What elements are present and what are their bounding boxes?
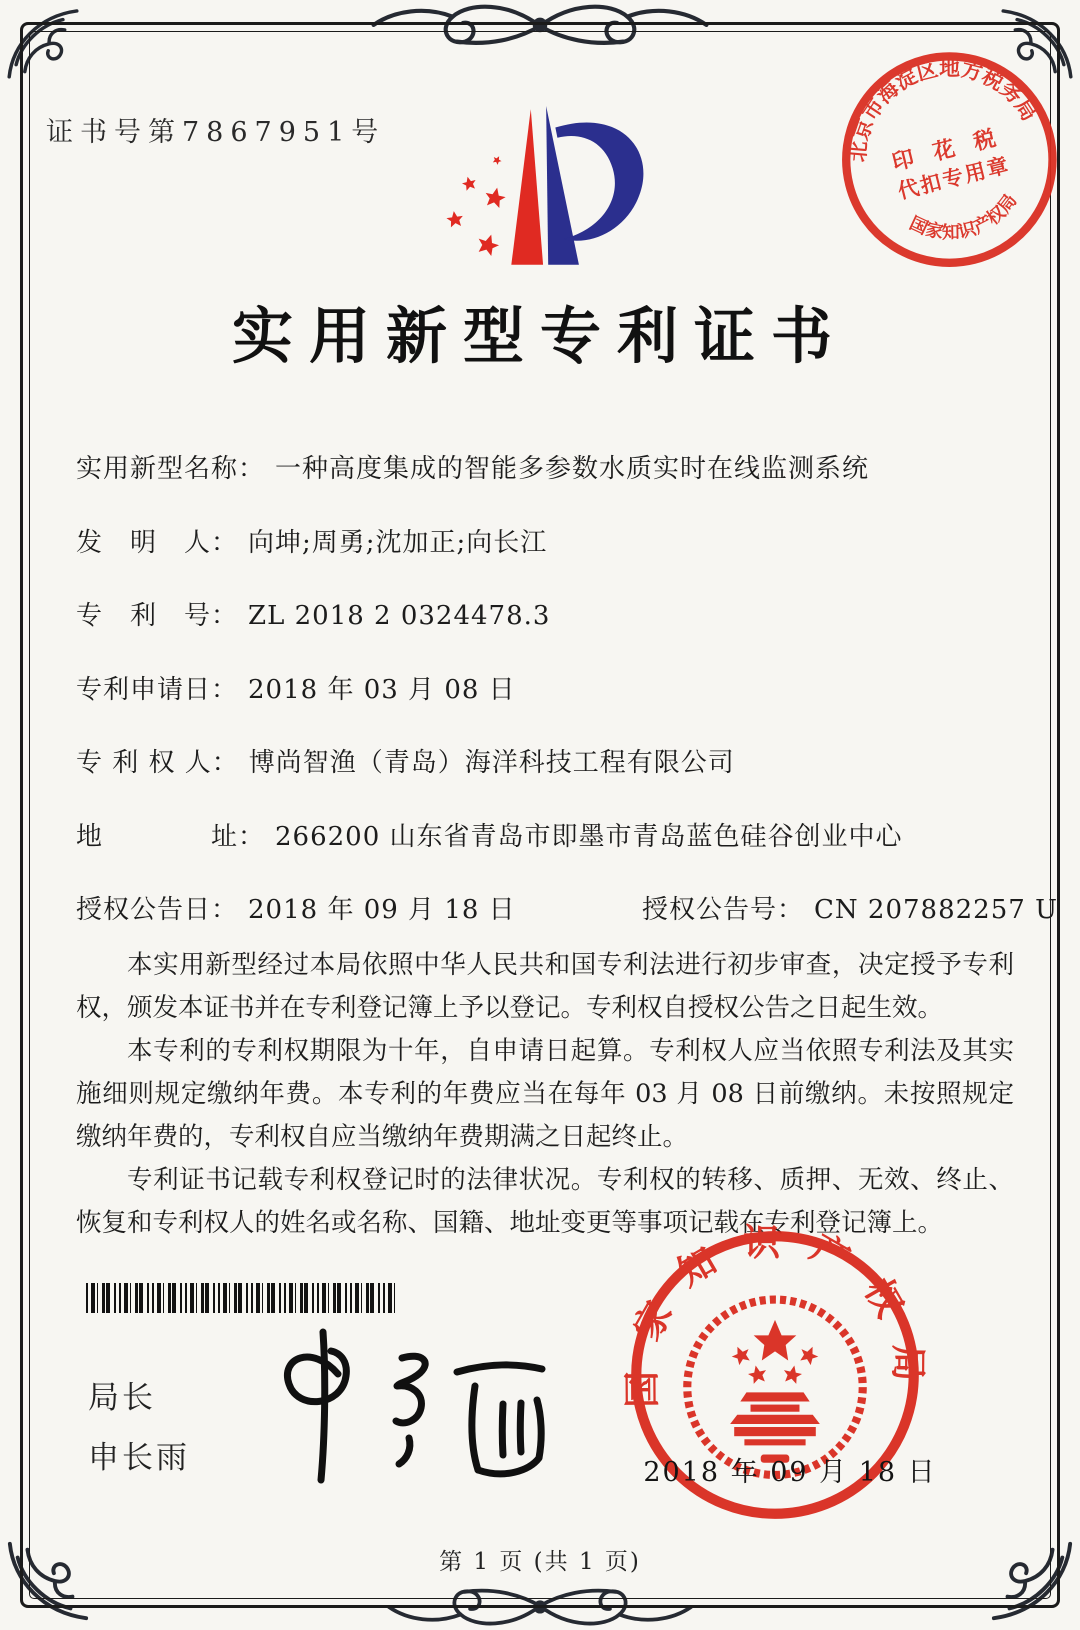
national-emblem-icon — [687, 1300, 862, 1475]
field-row-patentee: 专 利 权 人：博尚智渔（青岛）海洋科技工程有限公司 — [76, 742, 1022, 816]
field-label: 专 利 号： — [76, 601, 238, 631]
certificate-title: 实用新型专利证书 — [0, 288, 1080, 375]
field-label: 授权公告日： — [76, 895, 238, 925]
commissioner-signature — [252, 1318, 562, 1498]
body-paragraph-2: 本专利的专利权期限为十年，自申请日起算。专利权人应当依照专利法及其实施细则规定缴… — [76, 1030, 1014, 1159]
patent-certificate-page: 证书号第7867951号 北 — [0, 0, 1080, 1630]
certificate-fields: 实用新型名称：一种高度集成的智能多参数水质实时在线监测系统 发 明 人：向坤;周… — [76, 448, 1022, 963]
field-value: 向坤;周勇;沈加正;向长江 — [248, 528, 547, 558]
barcode — [86, 1283, 398, 1313]
commissioner-name: 申长雨 — [88, 1432, 190, 1477]
field-label: 发 明 人： — [76, 528, 238, 558]
seal-date: 2018 年 09 月 18 日 — [630, 1450, 950, 1489]
field-value: ZL 2018 2 0324478.3 — [248, 601, 550, 631]
border-ornament-bottom-center — [370, 1582, 710, 1630]
field-label: 专 利 权 人： — [76, 748, 239, 778]
field-value: CN 207882257 U — [814, 895, 1058, 925]
official-seal-ring-text: 国家知识产权局 — [622, 1222, 928, 1408]
field-value: 2018 年 09 月 18 日 — [248, 895, 516, 925]
field-row-utility-model-name: 实用新型名称：一种高度集成的智能多参数水质实时在线监测系统 — [76, 448, 1022, 522]
certificate-body: 本实用新型经过本局依照中华人民共和国专利法进行初步审查，决定授予专利权，颁发本证… — [76, 944, 1014, 1245]
field-label: 专利申请日： — [76, 675, 238, 705]
certificate-number: 证书号第7867951号 — [46, 110, 385, 149]
field-value: 博尚智渔（青岛）海洋科技工程有限公司 — [249, 748, 735, 778]
field-row-patent-number: 专 利 号：ZL 2018 2 0324478.3 — [76, 595, 1022, 669]
field-label: 授权公告号： — [642, 895, 804, 925]
page-footer: 第 1 页 (共 1 页) — [0, 1543, 1080, 1576]
field-row-address: 地 址：266200 山东省青岛市即墨市青岛蓝色硅谷创业中心 — [76, 816, 1022, 890]
field-label: 实用新型名称： — [76, 454, 265, 484]
border-ornament-top-center — [330, 0, 750, 52]
field-value: 2018 年 03 月 08 日 — [248, 675, 516, 705]
cnipa-logo-icon — [412, 92, 668, 288]
svg-text:国家知识产权局: 国家知识产权局 — [622, 1222, 928, 1408]
body-paragraph-1: 本实用新型经过本局依照中华人民共和国专利法进行初步审查，决定授予专利权，颁发本证… — [76, 944, 1014, 1030]
field-label: 地 址： — [76, 822, 265, 852]
field-value: 一种高度集成的智能多参数水质实时在线监测系统 — [275, 454, 869, 484]
commissioner-title: 局长 — [88, 1372, 156, 1417]
field-grant-number: 授权公告号：CN 207882257 U — [642, 889, 1058, 926]
tax-stamp-seal: 北京市海淀区地方税务局 国家知识产权局 印 花 税 代扣专用章 — [814, 24, 1080, 296]
field-row-inventors: 发 明 人：向坤;周勇;沈加正;向长江 — [76, 522, 1022, 596]
field-row-filing-date: 专利申请日：2018 年 03 月 08 日 — [76, 669, 1022, 743]
field-value: 266200 山东省青岛市即墨市青岛蓝色硅谷创业中心 — [275, 822, 903, 852]
border-ornament-top-left — [4, 4, 82, 82]
